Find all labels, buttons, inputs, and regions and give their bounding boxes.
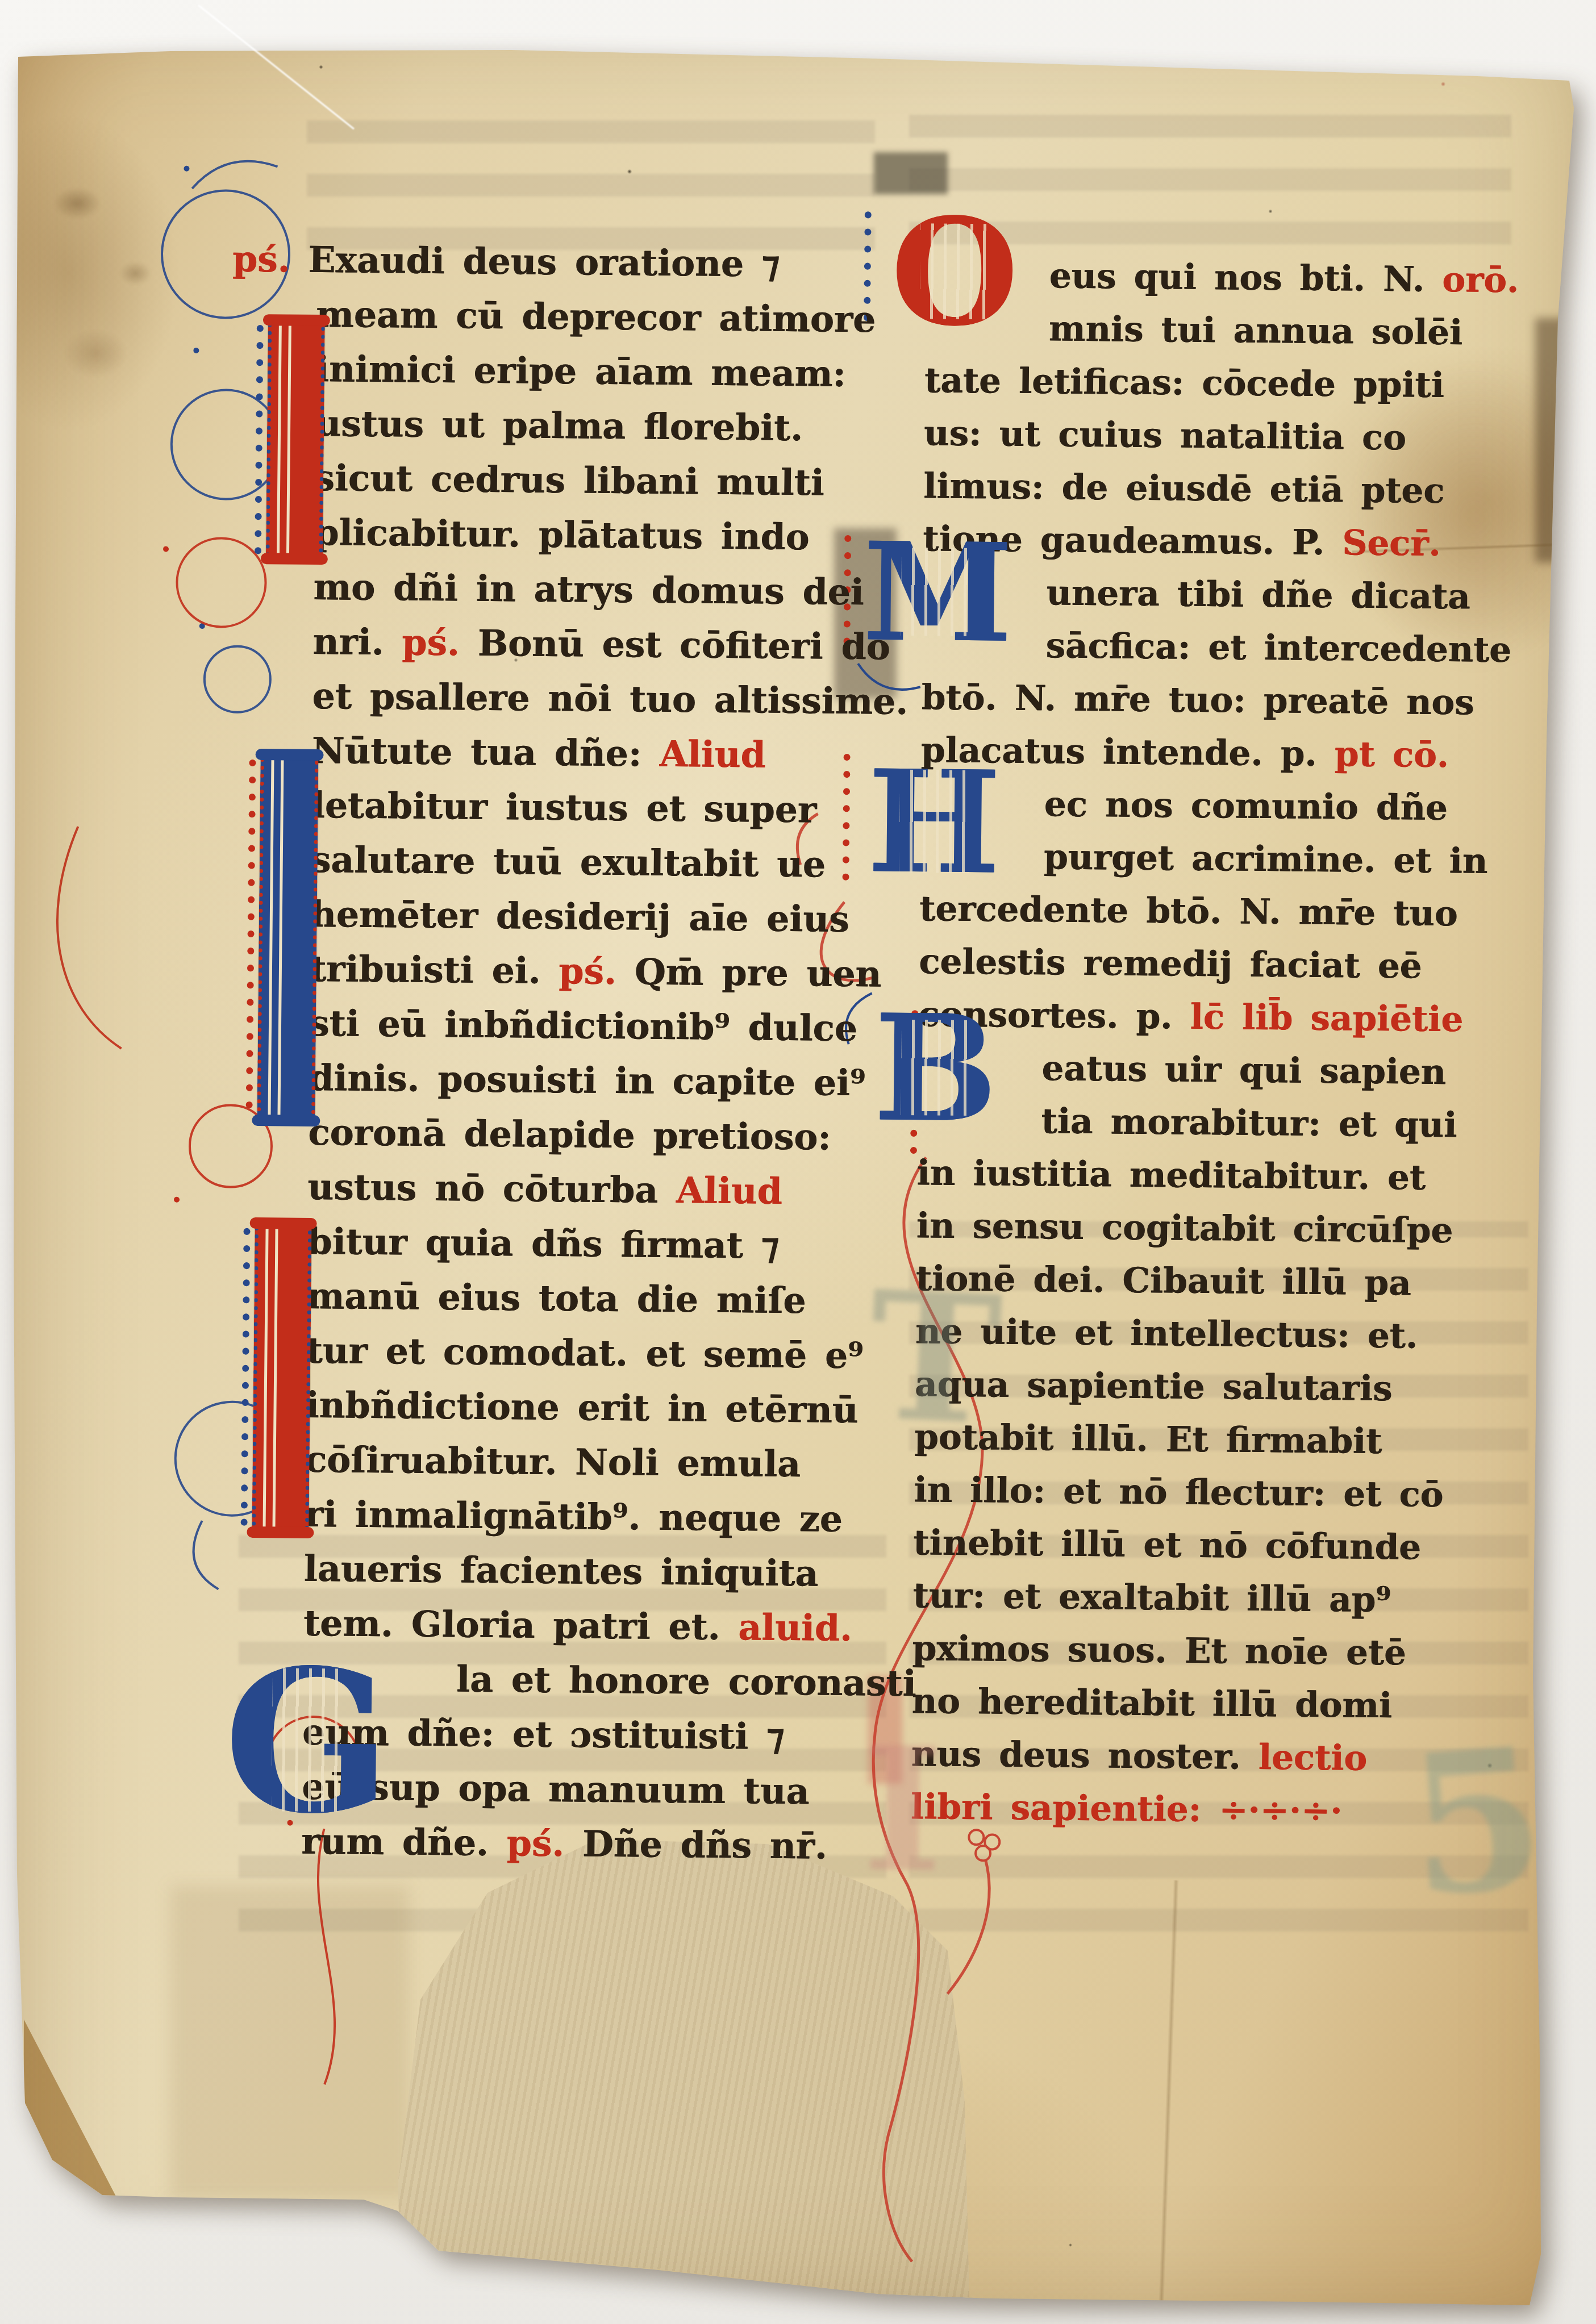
initial-bar-cap — [247, 1526, 314, 1538]
manuscript-text-line: limus: de eiusdē etiā ptec — [923, 460, 1549, 519]
text-segment: pximos suos. Et noīe etē — [912, 1628, 1406, 1673]
text-segment: et psallere nōi tuo altissime. — [312, 675, 908, 723]
manuscript-text-line: ustus nō cōturba Aliud — [307, 1159, 876, 1220]
text-segment: Qm̄ pre uen — [634, 950, 881, 995]
text-segment: Bonū est cōfiteri dō — [477, 622, 890, 668]
scanner-background: { "page": { "background": "#f1efeb", "pa… — [0, 0, 1596, 2324]
manuscript-text-line: no hereditabit illū domi — [911, 1675, 1537, 1734]
manuscript-text-line: in illo: et nō flectur: et cō — [914, 1463, 1539, 1522]
manuscript-text-line: pś. Exaudi deus oratione ⁊ — [232, 232, 885, 293]
manuscript-text-line: tia morabitur: et qui — [1041, 1095, 1543, 1152]
manuscript-text-line: unera tibi dñe dicata — [1046, 566, 1548, 624]
manuscript-leaf-wrap: pś. Exaudi deus oratione ⁊meam cū deprec… — [0, 0, 1596, 2324]
manuscript-text-line: coronā delapide pretioso: — [308, 1105, 877, 1165]
manuscript-text-line: inbñdictione erit in etērnū — [305, 1378, 874, 1438]
text-segment: unera tibi dñe dicata — [1046, 573, 1470, 617]
text-segment: lectio — [1258, 1737, 1367, 1779]
illuminated-initial-G: G — [218, 1639, 396, 1845]
initial-glyph: G — [223, 1626, 393, 1858]
manuscript-text-line: ri inmalignātib⁹. neque ze — [304, 1487, 873, 1547]
text-segment: mo dñi in atrys domus dei — [313, 566, 864, 613]
text-segment: eatus uir qui sapien — [1041, 1048, 1446, 1092]
text-segment: ustus ut palma florebit. — [315, 402, 803, 449]
text-segment: aqua sapientie salutaris — [915, 1364, 1393, 1409]
text-segment: purget acrimine. et in — [1044, 837, 1488, 881]
initial-glyph: O — [890, 186, 1019, 359]
manuscript-text-line: mnis tui annua solēi — [1048, 302, 1550, 360]
illuminated-initial-H: H — [848, 749, 1019, 897]
text-segment: eus qui nos bti. N. — [1049, 256, 1442, 300]
manuscript-text-line: potabit illū. Et firmabit — [914, 1411, 1540, 1470]
manuscript-text-line: nri. pś. Bonū est cōfiteri dō — [312, 614, 881, 674]
manuscript-text-line: ec nos comunio dñe — [1044, 778, 1545, 835]
manuscript-text-line: dinis. posuisti in capite ei⁹ — [309, 1050, 877, 1111]
manuscript-text-line: laueris facientes iniquita — [303, 1541, 872, 1601]
illuminated-initial-O: O — [869, 203, 1040, 341]
manuscript-text-line: ustus ut palma florebit. — [315, 396, 884, 456]
illuminated-initial-I — [266, 319, 325, 560]
blue-filigree-dots — [180, 166, 210, 629]
manuscript-text-line: inimici eripe aīam meam: — [315, 341, 884, 402]
manuscript-text-line: Nūtute tua dñe: Aliud — [311, 723, 880, 783]
manuscript-text-line: sicut cedrus libani multi — [314, 450, 883, 511]
initial-bar-cap — [263, 314, 330, 326]
text-segment: tionē dei. Cibauit illū pa — [915, 1258, 1411, 1303]
manuscript-text-line: sti eū inbñdictionib⁹ dulce — [309, 996, 878, 1056]
manuscript-text-line: tinebit illū et nō cōfunde — [913, 1516, 1539, 1575]
manuscript-text-line: letabitur iustus et super — [311, 778, 880, 838]
manuscript-text-line: sācfica: et intercedente — [1045, 619, 1547, 677]
text-segment: salutare tuū exultabit ue — [310, 838, 826, 886]
text-segment: la et honore coronasti — [456, 1658, 916, 1704]
text-segment: pś. — [559, 950, 635, 992]
red-trefoil — [969, 1830, 1000, 1861]
text-segment: aluid. — [738, 1606, 852, 1649]
text-block: pś. Exaudi deus oratione ⁊meam cū deprec… — [0, 0, 1596, 2324]
text-segment: in iustitia meditabitur. et — [916, 1153, 1426, 1198]
text-segment: ustus nō cōturba — [307, 1166, 676, 1211]
text-segment: celestis remedij faciat eē — [919, 941, 1422, 986]
text-segment: plicabitur. plātatus indo — [314, 511, 810, 558]
text-segment: tribuisti ei. — [310, 948, 559, 992]
illuminated-initial-M: M — [847, 529, 1028, 657]
manuscript-text-line: nus deus noster. lectio — [911, 1728, 1536, 1787]
manuscript-text-line: in iustitia meditabitur. et — [916, 1146, 1542, 1205]
manuscript-text-line: in sensu cogitabit circūſpe — [916, 1199, 1541, 1258]
initial-glyph: H — [866, 739, 1001, 906]
text-segment: pt cō. — [1334, 734, 1449, 775]
text-segment: inbñdictione erit in etērnū — [305, 1384, 858, 1431]
text-segment: inimici eripe aīam meam: — [315, 348, 846, 395]
text-segment: us: ut cuius natalitia co — [924, 413, 1406, 458]
illuminated-initial-I — [252, 1222, 311, 1534]
text-segment: meam cū deprecor atimore — [316, 293, 876, 340]
manuscript-text-line: eatus uir qui sapien — [1041, 1042, 1543, 1099]
text-segment: Secr̄. — [1342, 523, 1441, 564]
text-segment: tur et comodat. et semē e⁹ — [306, 1329, 864, 1376]
text-segment: Aliud — [659, 733, 765, 776]
text-segment: Dñe dñs nr̄. — [582, 1823, 827, 1867]
text-segment: cōſiruabitur. Noli emula — [305, 1438, 801, 1485]
text-segment: nus deus noster. — [911, 1734, 1259, 1778]
text-segment: pś. — [232, 238, 309, 281]
initial-bar-cap — [255, 749, 323, 761]
manuscript-text-line: ne uite et intellectus: et. — [915, 1305, 1540, 1364]
manuscript-text-line: cōſiruabitur. Noli emula — [305, 1432, 873, 1492]
manuscript-text-line: tionē dei. Cibauit illū pa — [915, 1252, 1541, 1311]
text-segment: ri inmalignātib⁹. neque ze — [304, 1493, 843, 1540]
text-segment: nri. — [312, 620, 402, 664]
manuscript-text-line: manū eius tota die miſe — [306, 1269, 875, 1329]
text-segment: tia morabitur: et qui — [1041, 1101, 1457, 1145]
manuscript-text-line: meam cū deprecor atimore — [316, 287, 885, 347]
text-segment: coronā delapide pretioso: — [308, 1111, 831, 1158]
text-segment: no hereditabit illū domi — [911, 1681, 1392, 1726]
text-segment: sācfica: et intercedente — [1045, 625, 1511, 670]
manuscript-text-line: mo dñi in atrys domus dei — [313, 560, 882, 620]
text-segment: lc̄ lib̄ sapiētie — [1190, 997, 1463, 1040]
text-segment: tinebit illū et nō cōfunde — [913, 1522, 1421, 1568]
text-segment: mnis tui annua solēi — [1049, 308, 1463, 353]
text-segment: sicut cedrus libani multi — [314, 457, 824, 504]
text-segment: Exaudi deus oratione ⁊ — [308, 239, 780, 285]
text-segment: orō. — [1442, 260, 1519, 301]
manuscript-text-line: tribuisti ei. pś. Qm̄ pre uen — [310, 941, 878, 1002]
initial-bar-cap — [252, 1115, 320, 1126]
manuscript-text-line: eus qui nos bti. N. orō. — [1049, 249, 1551, 307]
text-segment: manū eius tota die miſe — [306, 1275, 806, 1321]
text-segment: laueris facientes iniquita — [303, 1547, 818, 1595]
manuscript-text-line: tur: et exaltabit illū ap⁹ — [912, 1569, 1538, 1628]
text-segment: in illo: et nō flectur: et cō — [914, 1470, 1444, 1515]
text-segment: tate letificas: cōcede ppiti — [924, 360, 1444, 406]
manuscript-text-line: aqua sapientie salutaris — [915, 1358, 1540, 1417]
manuscript-text-line: et psallere nōi tuo altissime. — [312, 669, 881, 729]
text-segment: potabit illū. Et firmabit — [914, 1417, 1382, 1462]
illuminated-initial-B: B — [849, 1000, 1022, 1138]
manuscript-text-line: tur et comodat. et semē e⁹ — [306, 1323, 874, 1383]
illuminated-initial-I — [257, 753, 318, 1122]
text-segment: tur: et exaltabit illū ap⁹ — [912, 1575, 1391, 1620]
manuscript-text-line: libri sapientie: ÷·÷·÷· — [910, 1780, 1536, 1839]
manuscript-text-line: celestis remedij faciat eē — [919, 935, 1544, 994]
manuscript-text-line: us: ut cuius natalitia co — [924, 407, 1549, 466]
manuscript-text-line: tate letificas: cōcede ppiti — [924, 354, 1550, 413]
text-segment: pś. — [506, 1822, 582, 1864]
text-segment: letabitur iustus et super — [311, 784, 816, 831]
text-segment: sti eū inbñdictionib⁹ dulce — [309, 1002, 857, 1049]
manuscript-leaf: pś. Exaudi deus oratione ⁊meam cū deprec… — [0, 0, 1596, 2324]
text-segment: hemēter desiderij aīe eius — [310, 893, 849, 940]
initial-bar-cap — [250, 1217, 317, 1229]
text-segment: pś. — [402, 621, 478, 664]
initial-glyph: M — [862, 513, 1013, 673]
manuscript-text-line: plicabitur. plātatus indo — [314, 505, 882, 565]
text-segment: Aliud — [676, 1169, 782, 1212]
manuscript-text-line: hemēter desiderij aīe eius — [310, 887, 878, 947]
text-segment: btō. N. mr̄e tuo: preatē nos — [921, 677, 1474, 723]
manuscript-text-line: purget acrimine. et in — [1043, 831, 1545, 888]
text-segment: bitur quia dñs firmat ⁊ — [307, 1220, 779, 1267]
manuscript-text-line: bitur quia dñs firmat ⁊ — [307, 1214, 876, 1274]
manuscript-text-line: la et honore coronasti — [456, 1651, 872, 1710]
text-segment: libri sapientie: ÷·÷·÷· — [911, 1787, 1343, 1831]
manuscript-text-line: pximos suos. Et noīe etē — [912, 1622, 1537, 1681]
manuscript-text-line: salutare tuū exultabit ue — [310, 832, 879, 892]
initial-glyph: B — [873, 982, 998, 1155]
text-segment: Nūtute tua dñe: — [311, 729, 660, 775]
manuscript-text-line: btō. N. mr̄e tuo: preatē nos — [921, 671, 1547, 730]
text-segment: limus: de eiusdē etiā ptec — [923, 466, 1445, 511]
text-segment: in sensu cogitabit circūſpe — [916, 1205, 1453, 1251]
initial-bar-cap — [261, 553, 328, 565]
text-segment: dinis. posuisti in capite ei⁹ — [309, 1057, 866, 1104]
text-segment: ec nos comunio dñe — [1044, 784, 1447, 828]
text-segment: ne uite et intellectus: et. — [915, 1311, 1418, 1356]
